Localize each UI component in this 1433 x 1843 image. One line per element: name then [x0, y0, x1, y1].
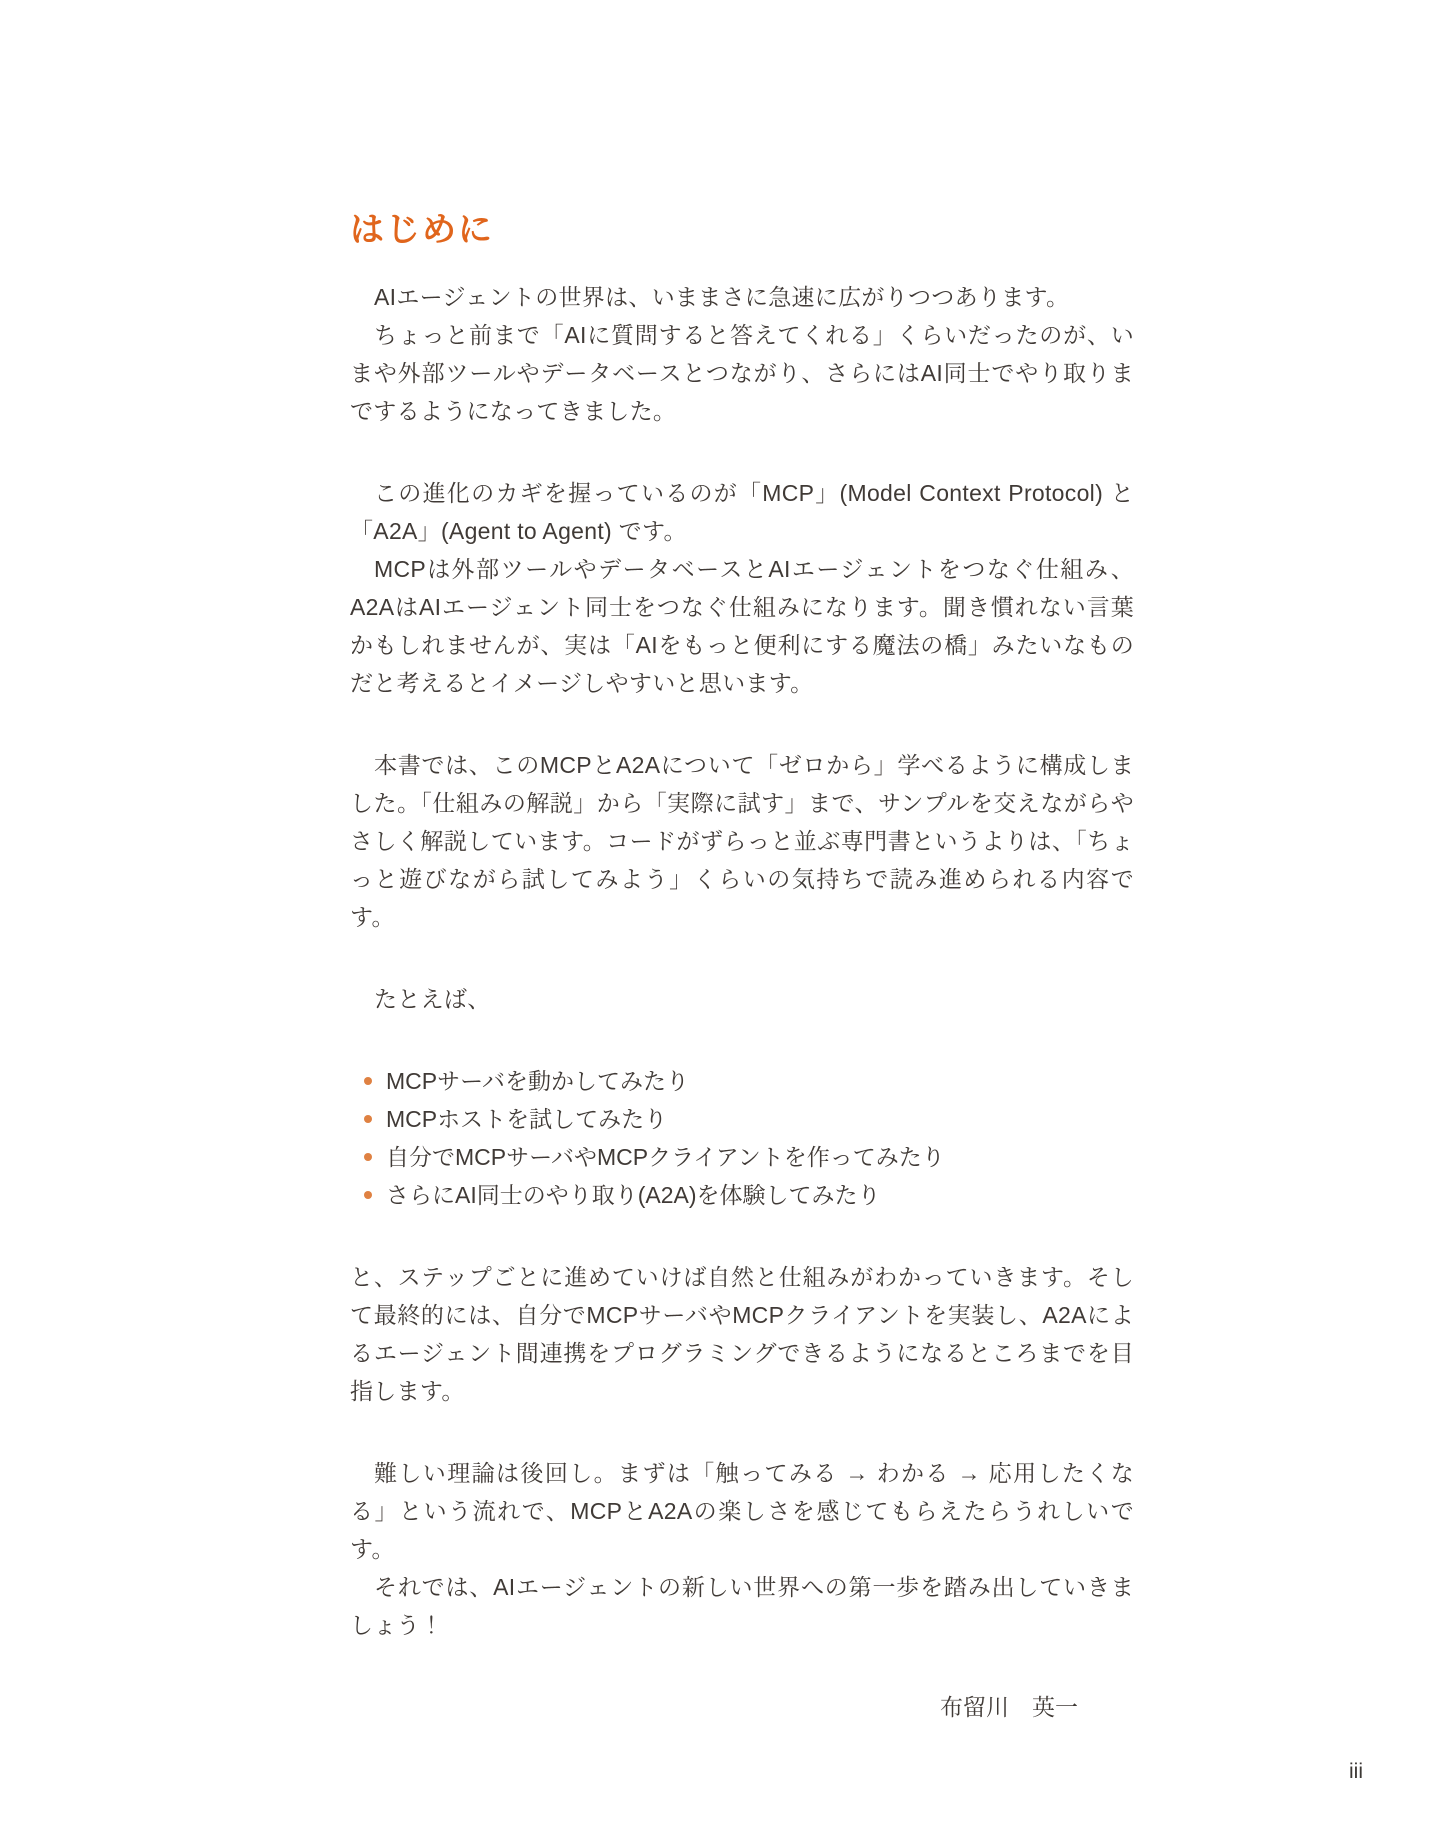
paragraph-book-structure: 本書では、このMCPとA2Aについて「ゼロから」学べるように構成しました。「仕組… [350, 746, 1134, 936]
list-item: さらにAI同士のやり取り(A2A)を体験してみたり [364, 1176, 1134, 1214]
paragraph-example-lead: たとえば、 [350, 980, 1134, 1018]
paragraph-steps-goal: と、ステップごとに進めていけば自然と仕組みがわかっていきます。そして最終的には、… [350, 1258, 1134, 1410]
list-item: MCPホストを試してみたり [364, 1100, 1134, 1138]
paragraph-closing: それでは、AIエージェントの新しい世界への第一歩を踏み出していきましょう！ [350, 1568, 1134, 1644]
example-bullet-list: MCPサーバを動かしてみたり MCPホストを試してみたり 自分でMCPサーバやM… [350, 1062, 1134, 1214]
paragraph-mcp-a2a-explanation: MCPは外部ツールやデータベースとAIエージェントをつなぐ仕組み、A2AはAIエ… [350, 550, 1134, 702]
book-page: はじめに AIエージェントの世界は、いままさに急速に広がりつつあります。 ちょっ… [0, 0, 1433, 1843]
paragraph-intro-2: ちょっと前まで「AIに質問すると答えてくれる」くらいだったのが、いまや外部ツール… [350, 316, 1134, 430]
paragraph-approach: 難しい理論は後回し。まずは「触ってみる → わかる → 応用したくなる」という流… [350, 1454, 1134, 1568]
author-signature: 布留川 英一 [350, 1688, 1134, 1726]
paragraph-intro-1: AIエージェントの世界は、いままさに急速に広がりつつあります。 [350, 278, 1134, 316]
page-number: iii [1349, 1758, 1363, 1786]
page-title: はじめに [350, 208, 1134, 252]
page-content: はじめに AIエージェントの世界は、いままさに急速に広がりつつあります。 ちょっ… [350, 208, 1134, 1749]
list-item: MCPサーバを動かしてみたり [364, 1062, 1134, 1100]
list-item: 自分でMCPサーバやMCPクライアントを作ってみたり [364, 1138, 1134, 1176]
paragraph-mcp-a2a-intro: この進化のカギを握っているのが「MCP」(Model Context Proto… [350, 474, 1134, 550]
